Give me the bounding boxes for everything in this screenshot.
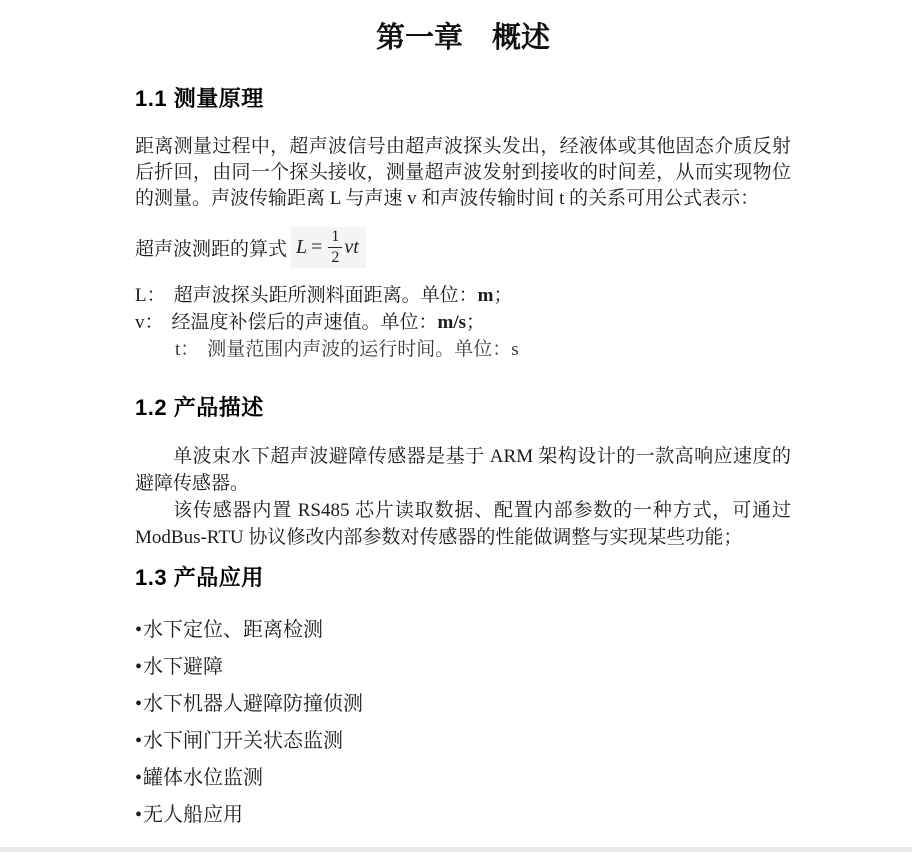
definition-term: v： [135, 312, 164, 333]
section-heading-1-3: 1.3 产品应用 [135, 565, 791, 591]
bullet-icon: • [135, 804, 142, 826]
definition-body: 经温度补偿后的声速值。单位： [172, 312, 438, 333]
formula-fraction: 1 2 [328, 228, 342, 267]
bullet-icon: • [135, 730, 142, 752]
definition-unit: s [511, 339, 518, 360]
formula-row: 超声波测距的算式 L = 1 2 vt [135, 224, 791, 270]
formula-label: 超声波测距的算式 [135, 234, 287, 261]
chapter-title: 第一章 概述 [135, 18, 791, 58]
formula-equals: = [311, 236, 322, 259]
definition-term: t： [175, 339, 199, 360]
definition-body: 超声波探头距所测料面距离。单位： [174, 285, 478, 306]
definition-body: 测量范围内声波的运行时间。单位： [207, 339, 511, 360]
list-item: •水下闸门开关状态监测 [135, 730, 791, 752]
list-item-label: 水下闸门开关状态监测 [143, 730, 343, 752]
formula-equation: L = 1 2 vt [291, 227, 366, 268]
fraction-numerator: 1 [328, 228, 342, 247]
definitions-list: L：超声波探头距所测料面距离。单位：m； v：经温度补偿后的声速值。单位：m/s… [135, 282, 791, 363]
definition-line-v: v：经温度补偿后的声速值。单位：m/s； [135, 309, 791, 336]
list-item: •罐体水位监测 [135, 767, 791, 789]
definition-unit: m/s [438, 312, 467, 333]
list-item: •水下机器人避障防撞侦测 [135, 693, 791, 715]
fraction-denominator: 2 [328, 247, 342, 267]
page-content: 第一章 概述 1.1 测量原理 距离测量过程中，超声波信号由超声波探头发出，经液… [135, 0, 791, 841]
definition-tail: ； [466, 312, 485, 333]
definition-tail: ； [493, 285, 512, 306]
page-bottom-edge [0, 847, 912, 852]
list-item-label: 无人船应用 [143, 804, 243, 826]
formula-rhs: vt [344, 236, 358, 259]
list-item-label: 水下机器人避障防撞侦测 [143, 693, 363, 715]
list-item: •水下定位、距离检测 [135, 619, 791, 641]
bullet-icon: • [135, 656, 142, 678]
bullet-icon: • [135, 619, 142, 641]
definition-term: L： [135, 285, 166, 306]
document-page: 第一章 概述 1.1 测量原理 距离测量过程中，超声波信号由超声波探头发出，经液… [0, 0, 912, 852]
measure-paragraph: 距离测量过程中，超声波信号由超声波探头发出，经液体或其他固态介质反射后折回，由同… [135, 134, 791, 212]
list-item-label: 罐体水位监测 [143, 767, 263, 789]
formula-lhs: L [296, 236, 307, 259]
list-item: •无人船应用 [135, 804, 791, 826]
section-heading-1-1: 1.1 测量原理 [135, 86, 791, 112]
definition-unit: m [478, 285, 494, 306]
list-item-label: 水下定位、距离检测 [143, 619, 323, 641]
description-paragraph-2: 该传感器内置 RS485 芯片读取数据、配置内部参数的一种方式，可通过 ModB… [135, 497, 791, 551]
applications-list: •水下定位、距离检测 •水下避障 •水下机器人避障防撞侦测 •水下闸门开关状态监… [135, 619, 791, 826]
description-paragraphs: 单波束水下超声波避障传感器是基于 ARM 架构设计的一款高响应速度的避障传感器。… [135, 443, 791, 551]
bullet-icon: • [135, 693, 142, 715]
description-paragraph-1: 单波束水下超声波避障传感器是基于 ARM 架构设计的一款高响应速度的避障传感器。 [135, 443, 791, 497]
list-item-label: 水下避障 [143, 656, 223, 678]
definition-line-L: L：超声波探头距所测料面距离。单位：m； [135, 282, 791, 309]
definition-line-t: t：测量范围内声波的运行时间。单位：s [135, 336, 791, 363]
list-item: •水下避障 [135, 656, 791, 678]
bullet-icon: • [135, 767, 142, 789]
section-heading-1-2: 1.2 产品描述 [135, 395, 791, 421]
